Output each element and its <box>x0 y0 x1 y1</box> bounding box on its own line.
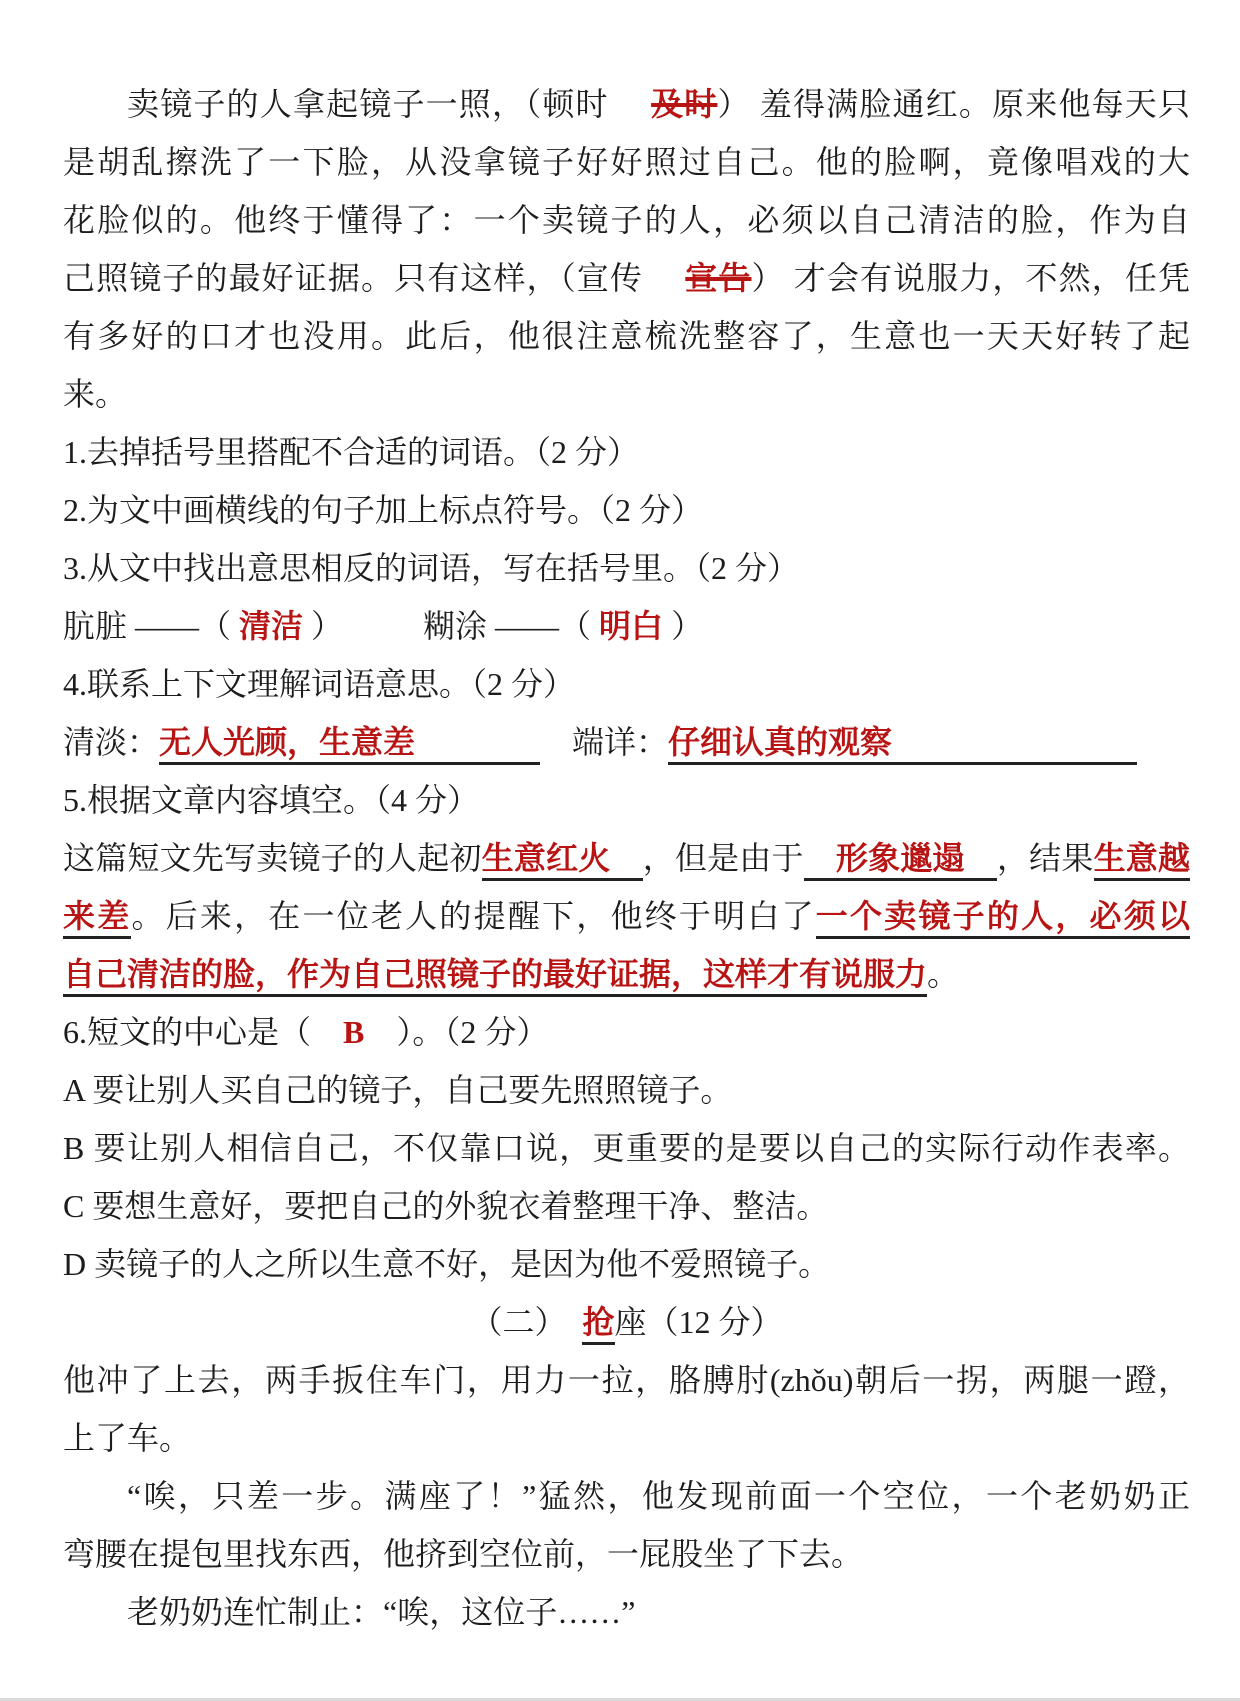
answer-letter: B <box>343 1014 364 1050</box>
text-span: ，结果 <box>997 840 1094 876</box>
document-content: 卖镜子的人拿起镜子一照，（顿时 及时） 羞得满脸通红。原来他每天只是胡乱擦洗了一… <box>63 75 1190 1641</box>
passage-line: 己照镜子的最好证据。只有这样，（宣传 宣告） 才会有说服力，不然，任凭 <box>63 249 1190 307</box>
passage-line: 老奶奶连忙制止：“唉，这位子……” <box>63 1583 1190 1641</box>
text-span: 卖镜子的人拿起镜子一照，（顿时 <box>127 86 651 122</box>
document-page: 卖镜子的人拿起镜子一照，（顿时 及时） 羞得满脸通红。原来他每天只是胡乱擦洗了一… <box>0 0 1240 1701</box>
text-span: 5.根据文章内容填空。（4 分） <box>63 782 479 818</box>
text-span: 上了车。 <box>63 1420 191 1456</box>
text-span: 己照镜子的最好证据。只有这样，（宣传 <box>63 260 685 296</box>
answer-text-underlined: 无人光顾，生意差 <box>159 724 415 765</box>
text-span: B 要让别人相信自己，不仅靠口说，更重要的是要以自己的实际行动作表率。 <box>63 1130 1190 1166</box>
passage-line: 弯腰在提包里找东西，他挤到空位前，一屁股坐了下去。 <box>63 1525 1190 1583</box>
text-span: ） <box>663 608 703 644</box>
fill-line: 这篇短文先写卖镜子的人起初生意红火 ，但是由于 形象邋遢 ，结果生意越 <box>63 829 1190 887</box>
question-item: 1.去掉括号里搭配不合适的词语。（2 分） <box>63 423 1190 481</box>
text-span: 。后来，在一位老人的提醒下，他终于明白了 <box>131 898 815 934</box>
text-span: 这篇短文先写卖镜子的人起初 <box>63 840 482 876</box>
option-item: B 要让别人相信自己，不仅靠口说，更重要的是要以自己的实际行动作表率。 <box>63 1119 1190 1177</box>
text-span: 他冲了上去，两手扳住车门，用力一拉，胳膊肘(zhǒu)朝后一拐，两腿一蹬， <box>63 1362 1190 1398</box>
text-span: 4.联系上下文理解词语意思。（2 分） <box>63 666 575 702</box>
text-span: D 卖镜子的人之所以生意不好，是因为他不爱照镜子。 <box>63 1246 830 1282</box>
option-item: C 要想生意好，要把自己的外貌衣着整理干净、整洁。 <box>63 1177 1190 1235</box>
text-span: ）。（2 分） <box>364 1014 548 1050</box>
text-span: ） 才会有说服力，不然，任凭 <box>752 260 1190 296</box>
text-span: 花脸似的。他终于懂得了：一个卖镜子的人，必须以自己清洁的脸，作为自 <box>63 202 1190 238</box>
passage-line: “唉，只差一步。满座了！”猛然，他发现前面一个空位，一个老奶奶正 <box>63 1467 1190 1525</box>
text-span: 。 <box>927 956 959 992</box>
passage-line: 上了车。 <box>63 1409 1190 1467</box>
answer-text-underlined: 来差 <box>63 898 131 939</box>
question-item: 4.联系上下文理解词语意思。（2 分） <box>63 655 1190 713</box>
passage-line: 花脸似的。他终于懂得了：一个卖镜子的人，必须以自己清洁的脸，作为自 <box>63 191 1190 249</box>
fill-line: 来差。后来，在一位老人的提醒下，他终于明白了一个卖镜子的人，必须以 <box>63 887 1190 945</box>
text-span: C 要想生意好，要把自己的外貌衣着整理干净、整洁。 <box>63 1188 828 1224</box>
text-span: 老奶奶连忙制止：“唉，这位子……” <box>127 1594 635 1630</box>
deleted-word: 及时 <box>651 86 717 122</box>
answer-text-underlined: 形象邋遢 <box>804 840 997 881</box>
question-item: 5.根据文章内容填空。（4 分） <box>63 771 1190 829</box>
text-span: 1.去掉括号里搭配不合适的词语。（2 分） <box>63 434 639 470</box>
option-item: A 要让别人买自己的镜子，自己要先照照镜子。 <box>63 1061 1190 1119</box>
text-span: 有多好的口才也没用。此后，他很注意梳洗整容了，生意也一天天好转了起 <box>63 318 1190 354</box>
text-span: ） 羞得满脸通红。原来他每天只 <box>717 86 1190 122</box>
text-span: 肮脏 ——（ <box>63 608 239 644</box>
fill-line: 自己清洁的脸，作为自己照镜子的最好证据，这样才有说服力。 <box>63 945 1190 1003</box>
deleted-word: 宣告 <box>685 260 751 296</box>
answer-text-underlined: 一个卖镜子的人，必须以 <box>816 898 1190 939</box>
blank-underline <box>415 762 540 765</box>
section-heading: （二） 抢座（12 分） <box>63 1293 1190 1351</box>
text-span: ） 糊涂 ——（ <box>303 608 599 644</box>
answer-text-underlined: 仔细认真的观察 <box>668 724 892 765</box>
text-span: 2.为文中画横线的句子加上标点符号。（2 分） <box>63 492 703 528</box>
answer-text: 明白 <box>599 608 663 644</box>
text-span: ，但是由于 <box>643 840 804 876</box>
text-span: 座（12 分） <box>615 1304 783 1340</box>
text-span: “唉，只差一步。满座了！”猛然，他发现前面一个空位，一个老奶奶正 <box>127 1478 1190 1514</box>
answer-text: 清洁 <box>239 608 303 644</box>
passage-line: 卖镜子的人拿起镜子一照，（顿时 及时） 羞得满脸通红。原来他每天只 <box>63 75 1190 133</box>
answer-line: 清淡：无人光顾，生意差 端详：仔细认真的观察 <box>63 713 1190 771</box>
answer-text-underlined: 抢 <box>582 1304 614 1345</box>
answer-text-underlined: 生意越 <box>1094 840 1190 881</box>
text-span: 弯腰在提包里找东西，他挤到空位前，一屁股坐了下去。 <box>63 1536 863 1572</box>
text-span: 6.短文的中心是（ <box>63 1014 343 1050</box>
answer-line: 肮脏 ——（ 清洁 ） 糊涂 ——（ 明白 ） <box>63 597 1190 655</box>
text-span: 端详： <box>540 724 668 760</box>
passage-line: 他冲了上去，两手扳住车门，用力一拉，胳膊肘(zhǒu)朝后一拐，两腿一蹬， <box>63 1351 1190 1409</box>
text-span: 是胡乱擦洗了一下脸，从没拿镜子好好照过自己。他的脸啊，竟像唱戏的大 <box>63 144 1190 180</box>
question-item: 6.短文的中心是（ B ）。（2 分） <box>63 1003 1190 1061</box>
question-item: 2.为文中画横线的句子加上标点符号。（2 分） <box>63 481 1190 539</box>
passage-line: 是胡乱擦洗了一下脸，从没拿镜子好好照过自己。他的脸啊，竟像唱戏的大 <box>63 133 1190 191</box>
passage-line: 来。 <box>63 365 1190 423</box>
passage-line: 有多好的口才也没用。此后，他很注意梳洗整容了，生意也一天天好转了起 <box>63 307 1190 365</box>
question-item: 3.从文中找出意思相反的词语，写在括号里。（2 分） <box>63 539 1190 597</box>
answer-text-underlined: 自己清洁的脸，作为自己照镜子的最好证据，这样才有说服力 <box>63 956 927 997</box>
blank-underline <box>892 762 1137 765</box>
text-span: （二） <box>470 1304 582 1340</box>
text-span: A 要让别人买自己的镜子，自己要先照照镜子。 <box>63 1072 732 1108</box>
text-span: 3.从文中找出意思相反的词语，写在括号里。（2 分） <box>63 550 799 586</box>
option-item: D 卖镜子的人之所以生意不好，是因为他不爱照镜子。 <box>63 1235 1190 1293</box>
text-span: 来。 <box>63 376 127 412</box>
text-span: 清淡： <box>63 724 159 760</box>
answer-text-underlined: 生意红火 <box>482 840 643 881</box>
